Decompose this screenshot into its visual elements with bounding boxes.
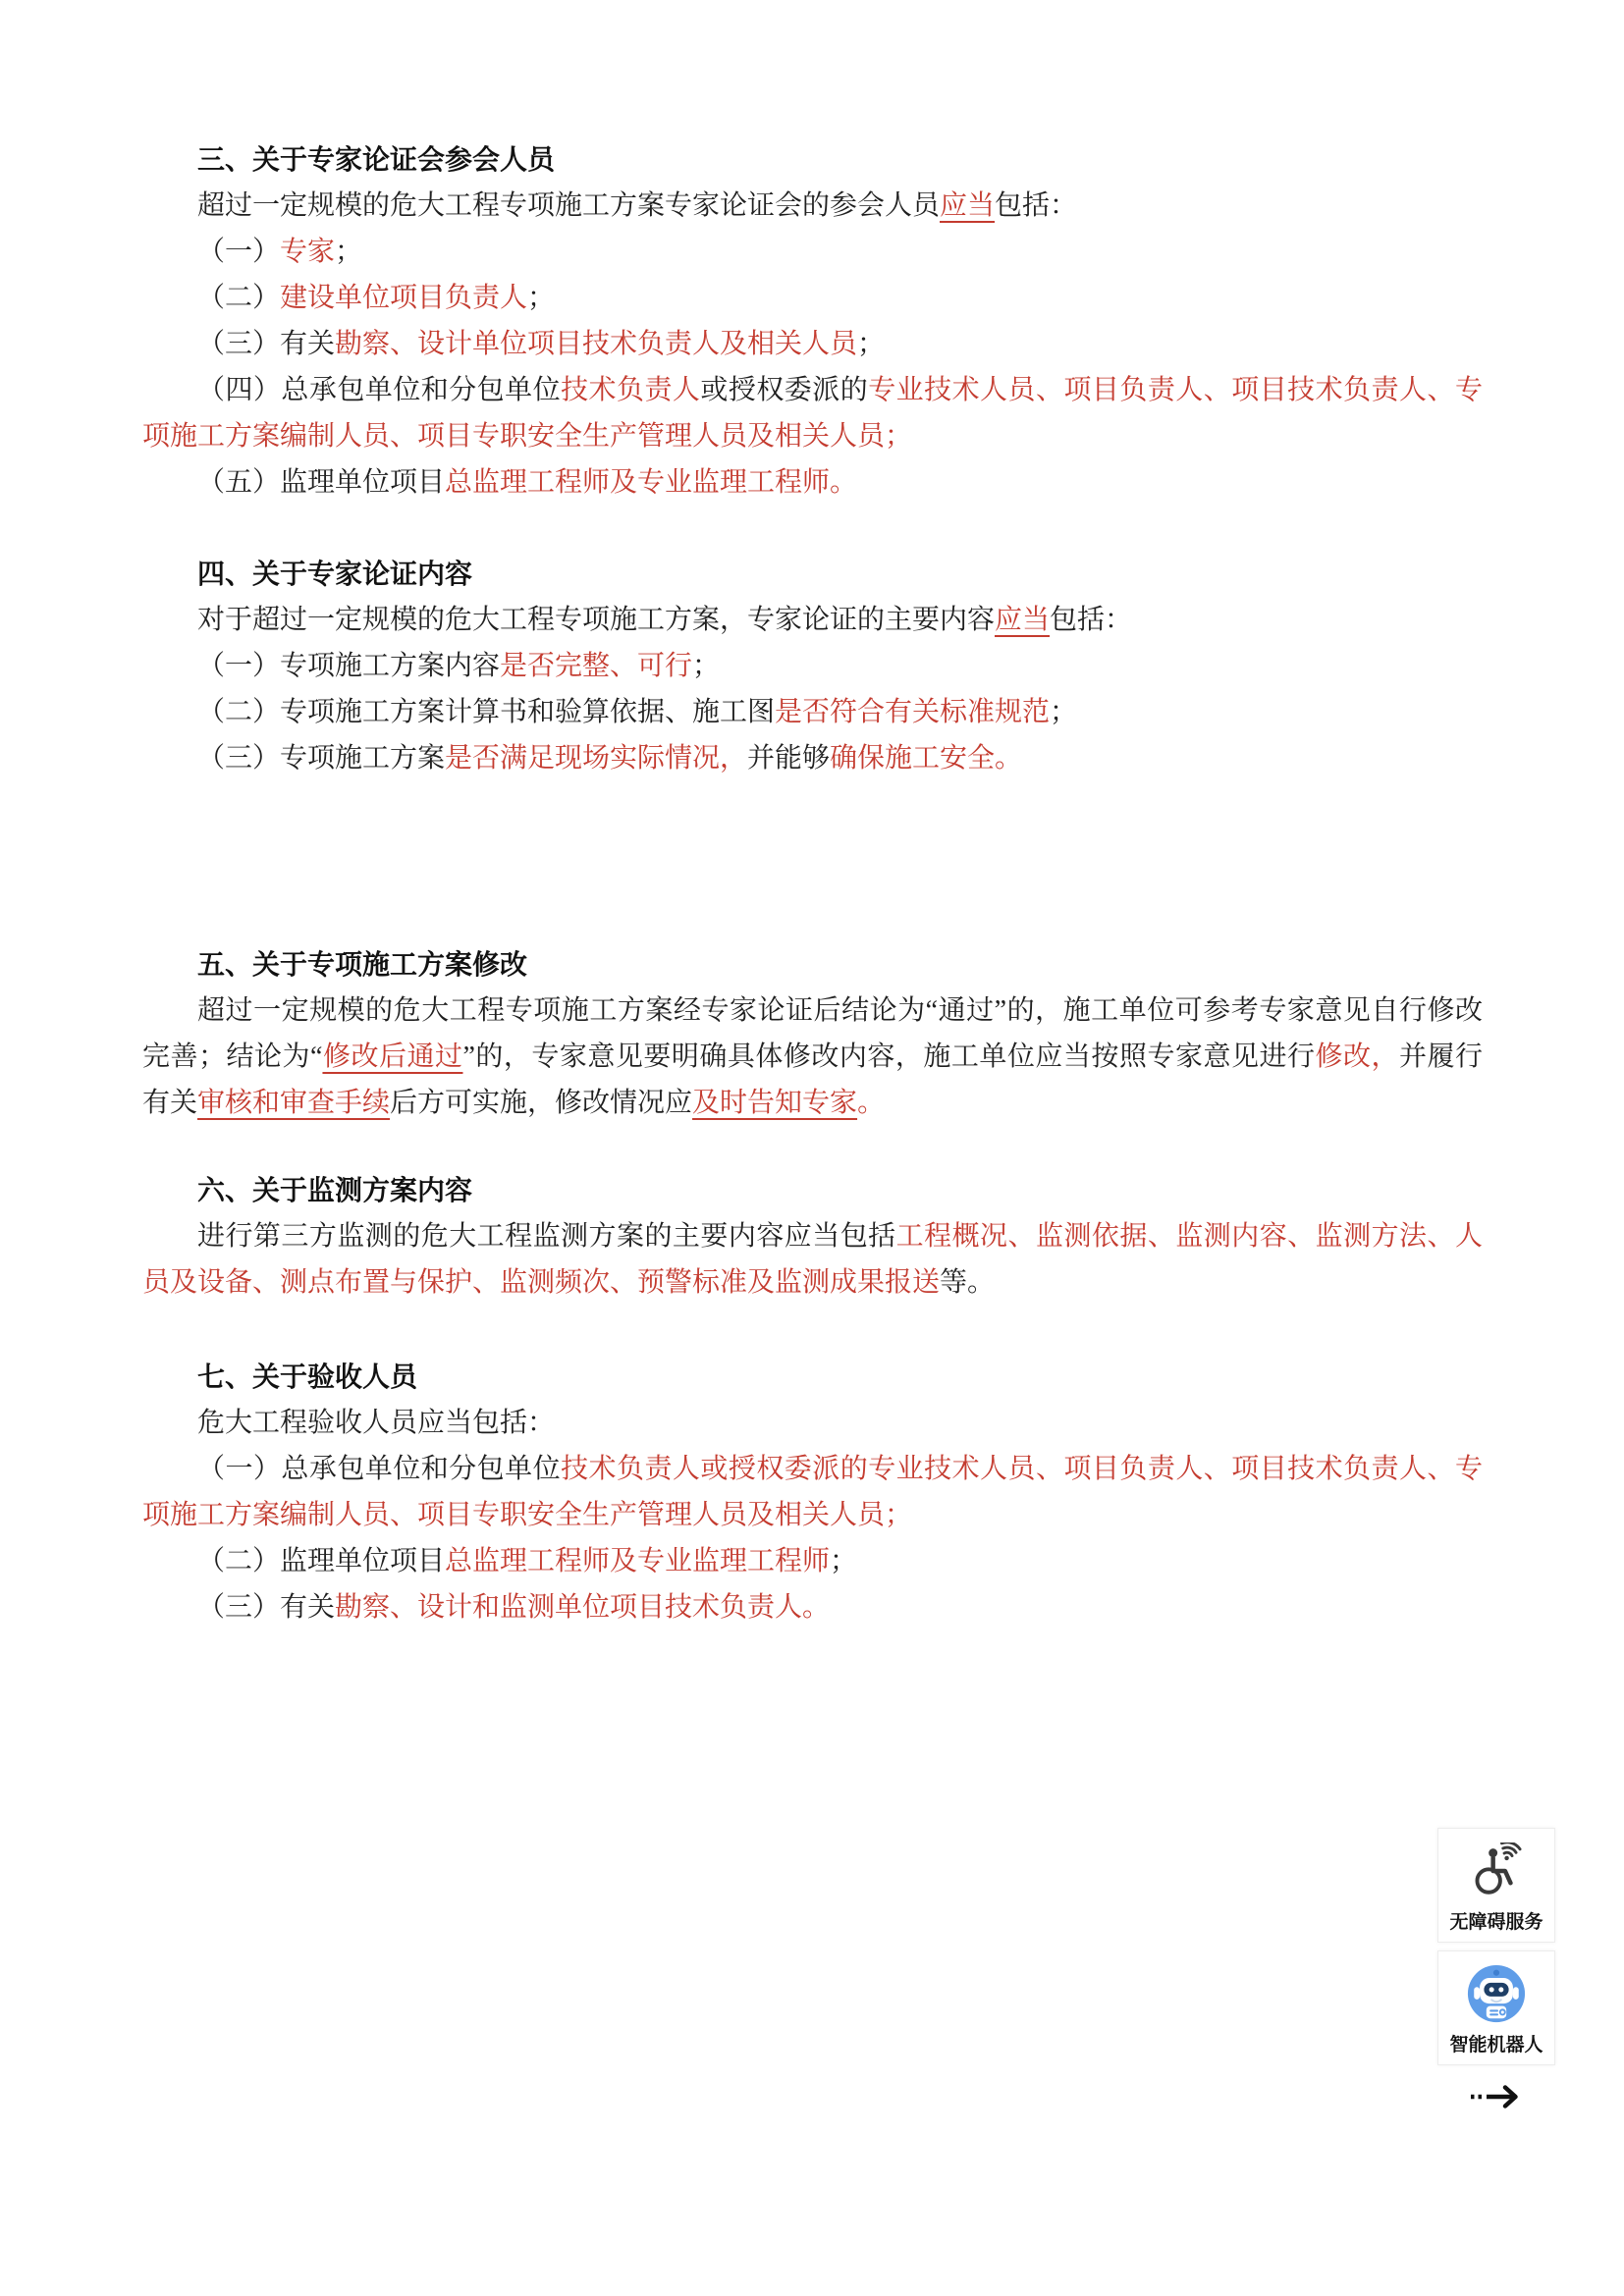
text-segment: （一） [197, 237, 280, 267]
text-segment: 勘察、设计单位项目技术负责人及相关人员 [335, 329, 857, 359]
text-segment: 是否符合有关标准规范 [775, 697, 1050, 727]
paragraph: （一）专家； [142, 229, 1483, 275]
paragraph: （一）专项施工方案内容是否完整、可行； [142, 643, 1483, 689]
text-segment: 及时告知专家 [692, 1088, 857, 1118]
section-plan-modification: 五、关于专项施工方案修改超过一定规模的危大工程专项施工方案经专家论证后结论为“通… [142, 941, 1483, 1126]
text-segment: 是否满足现场实际情况， [445, 743, 747, 774]
expand-arrow-button[interactable] [1437, 2083, 1555, 2110]
paragraph: （四）总承包单位和分包单位技术负责人或授权委派的专业技术人员、项目负责人、项目技… [142, 367, 1483, 459]
text-segment: （四）总承包单位和分包单位 [197, 375, 561, 405]
paragraph: （三）有关勘察、设计和监测单位项目技术负责人。 [142, 1584, 1483, 1630]
text-segment: 勘察、设计和监测单位项目技术负责人。 [335, 1592, 830, 1623]
section-heading: 六、关于监测方案内容 [142, 1167, 1483, 1213]
text-segment: 危大工程验收人员应当包括： [197, 1408, 555, 1438]
section-heading: 五、关于专项施工方案修改 [142, 941, 1483, 988]
document-page: 三、关于专家论证会参会人员超过一定规模的危大工程专项施工方案专家论证会的参会人员… [0, 0, 1624, 2296]
section-expert-meeting-participants: 三、关于专家论证会参会人员超过一定规模的危大工程专项施工方案专家论证会的参会人员… [142, 136, 1483, 506]
text-segment: ； [1050, 697, 1077, 727]
paragraph: （一）总承包单位和分包单位技术负责人或授权委派的专业技术人员、项目负责人、项目技… [142, 1446, 1483, 1538]
text-segment: 修改后通过 [322, 1041, 462, 1072]
right-arrow-icon [1469, 2083, 1524, 2110]
text-segment: ； [527, 283, 555, 313]
text-segment: 并能够 [747, 743, 830, 774]
accessibility-service-label: 无障碍服务 [1449, 1912, 1543, 1934]
section-monitoring-plan-content: 六、关于监测方案内容进行第三方监测的危大工程监测方案的主要内容应当包括工程概况、… [142, 1167, 1483, 1306]
text-segment: 技术负责人 [561, 375, 700, 405]
text-segment: （三）专项施工方案 [197, 743, 445, 774]
text-segment: （三）有关 [197, 1592, 335, 1623]
wheelchair-wifi-icon [1468, 1829, 1525, 1912]
text-segment: 后方可实施，修改情况应 [390, 1088, 692, 1118]
text-segment: 建设单位项目负责人 [280, 283, 527, 313]
text-segment: 修改， [1315, 1041, 1399, 1072]
text-segment: 对于超过一定规模的危大工程专项施工方案，专家论证的主要内容 [197, 605, 995, 635]
section-heading: 七、关于验收人员 [142, 1354, 1483, 1400]
paragraph: （二）专项施工方案计算书和验算依据、施工图是否符合有关标准规范； [142, 689, 1483, 735]
accessibility-service-button[interactable]: 无障碍服务 [1437, 1828, 1555, 1943]
robot-icon [1466, 1951, 1527, 2035]
text-segment: 进行第三方监测的危大工程监测方案的主要内容应当包括 [197, 1221, 896, 1252]
text-segment: 是否完整、可行 [500, 651, 692, 681]
text-segment: （二）专项施工方案计算书和验算依据、施工图 [197, 697, 775, 727]
text-segment: 包括： [995, 190, 1077, 221]
text-segment: ”的，专家意见要明确具体修改内容，施工单位应当按照专家意见进行 [462, 1041, 1315, 1072]
text-segment: ； [830, 1546, 857, 1576]
document-content: 三、关于专家论证会参会人员超过一定规模的危大工程专项施工方案专家论证会的参会人员… [142, 136, 1483, 1630]
paragraph: 进行第三方监测的危大工程监测方案的主要内容应当包括工程概况、监测依据、监测内容、… [142, 1213, 1483, 1306]
text-segment: 总监理工程师及专业监理工程师。 [445, 467, 857, 498]
text-segment: （二）监理单位项目 [197, 1546, 445, 1576]
text-segment: 包括： [1050, 605, 1132, 635]
section-acceptance-personnel: 七、关于验收人员危大工程验收人员应当包括：（一）总承包单位和分包单位技术负责人或… [142, 1354, 1483, 1630]
section-heading: 三、关于专家论证会参会人员 [142, 136, 1483, 183]
paragraph: 超过一定规模的危大工程专项施工方案经专家论证后结论为“通过”的，施工单位可参考专… [142, 988, 1483, 1126]
text-segment: ； [692, 651, 720, 681]
section-expert-review-content: 四、关于专家论证内容对于超过一定规模的危大工程专项施工方案，专家论证的主要内容应… [142, 551, 1483, 781]
text-segment: 或授权委派的 [700, 375, 868, 405]
paragraph: 超过一定规模的危大工程专项施工方案专家论证会的参会人员应当包括： [142, 183, 1483, 229]
text-segment: 。 [857, 1088, 885, 1118]
text-segment: 等。 [940, 1267, 995, 1298]
text-segment: ； [857, 329, 885, 359]
paragraph: （三）专项施工方案是否满足现场实际情况，并能够确保施工安全。 [142, 735, 1483, 781]
paragraph: （五）监理单位项目总监理工程师及专业监理工程师。 [142, 459, 1483, 506]
text-segment: 超过一定规模的危大工程专项施工方案专家论证会的参会人员 [197, 190, 940, 221]
section-heading: 四、关于专家论证内容 [142, 551, 1483, 597]
paragraph: 危大工程验收人员应当包括： [142, 1400, 1483, 1446]
text-segment: （三）有关 [197, 329, 335, 359]
text-segment: 应当 [995, 605, 1050, 635]
paragraph: （三）有关勘察、设计单位项目技术负责人及相关人员； [142, 321, 1483, 367]
text-segment: （二） [197, 283, 280, 313]
text-segment: ； [335, 237, 362, 267]
floating-toolbar: 无障碍服务 智能 [1437, 1828, 1555, 2110]
text-segment: 专家 [280, 237, 335, 267]
text-segment: （一）专项施工方案内容 [197, 651, 500, 681]
smart-robot-button[interactable]: 智能机器人 [1437, 1950, 1555, 2065]
smart-robot-label: 智能机器人 [1449, 2035, 1543, 2056]
text-segment: 审核和审查手续 [197, 1088, 390, 1118]
paragraph: （二）监理单位项目总监理工程师及专业监理工程师； [142, 1538, 1483, 1584]
text-segment: （一）总承包单位和分包单位 [197, 1454, 561, 1484]
text-segment: （五）监理单位项目 [197, 467, 445, 498]
text-segment: 确保施工安全。 [830, 743, 1022, 774]
paragraph: （二）建设单位项目负责人； [142, 275, 1483, 321]
text-segment: 总监理工程师及专业监理工程师 [445, 1546, 830, 1576]
paragraph: 对于超过一定规模的危大工程专项施工方案，专家论证的主要内容应当包括： [142, 597, 1483, 643]
text-segment: 应当 [940, 190, 995, 221]
